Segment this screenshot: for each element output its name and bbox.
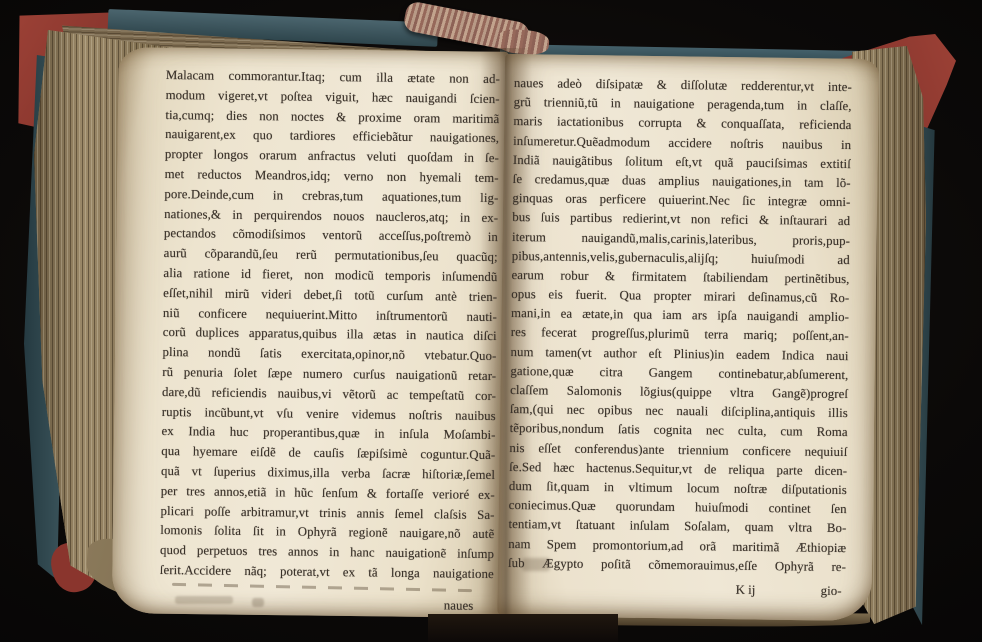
- spine-tail-shadow: [428, 614, 618, 642]
- left-page-text: Malacam commorantur.Itaq; cum illa ætate…: [159, 66, 500, 617]
- text-line: ſub Ægypto poſitã cõmemorauimus,eſſe Oph…: [508, 554, 846, 577]
- right-page-catchword: gio-: [821, 582, 842, 601]
- left-page-lines: Malacam commorantur.Itaq; cum illa ætate…: [160, 66, 500, 585]
- signature-mark: K ij: [736, 581, 756, 600]
- right-page-direction-line: K ij gio-: [508, 578, 846, 602]
- text-line: ſerit.Accidere nãq; poterat,vt ex tã lon…: [160, 561, 494, 585]
- right-page-lines: naues adeò diſsipatæ & diſſolutæ reddere…: [508, 74, 852, 577]
- right-page-text: naues adeò diſsipatæ & diſſolutæ reddere…: [508, 74, 852, 602]
- open-book-photograph: Malacam commorantur.Itaq; cum illa ætate…: [0, 0, 982, 642]
- left-page-catchword: naues: [159, 593, 493, 617]
